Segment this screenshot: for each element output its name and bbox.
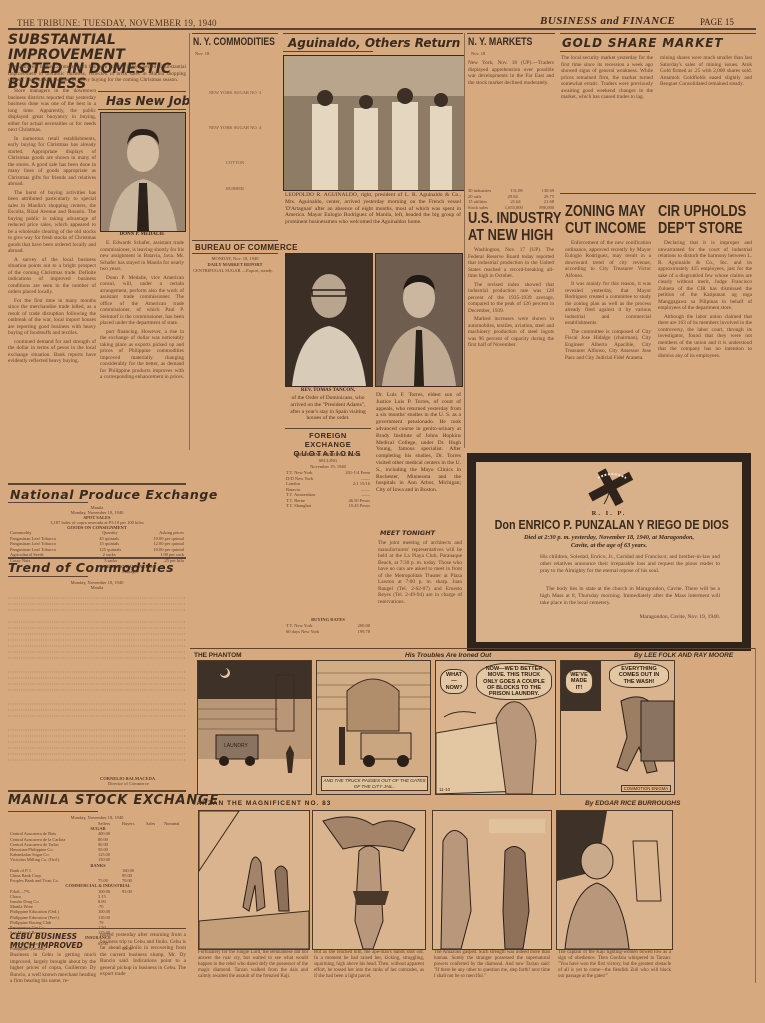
mse-sellers: 150.00 [98,857,122,862]
cir-headline: CIR UPHOLDS DEP'T STORE [658,203,746,237]
aguinaldo-headline: Aguinaldo, Others Return [288,37,460,50]
fx-label: 60 days New York [286,629,319,635]
tarzan-panel-3 [432,810,552,950]
commodity-section: NEW YORK SUGAR NO. 4 [193,125,277,130]
ny-markets-table: 30 industries131.08130.69 20 rails29.842… [468,188,554,210]
truck-night-illustration: LAUNDRY [198,661,311,794]
bureau-subtitle: DAILY MARKET REPORT [193,262,277,268]
tarzan-dais-illustration [199,811,309,949]
cir-line1: CIR UPHOLDS [658,203,746,220]
fx-row: 60 days New York199.78 [286,629,370,635]
rule [560,193,756,194]
column-rule [464,33,465,448]
zoning-para: It was mainly for this reason, it was re… [565,281,651,327]
tarzan-panel-2 [312,810,426,950]
meet-tonight-body: The joint meeting of architects and manu… [378,540,462,605]
mse-name: Victorias Milling Co. (Ord.) [10,857,98,862]
torres-photo [375,253,463,387]
ny-commodities-table: NEW YORK SUGAR NO. 3 NEW YORK SUGAR NO. … [193,60,277,235]
lead-headline-line1: SUBSTANTIAL IMPROVEMENT [8,33,188,62]
rule [560,51,650,52]
fx-value: 10.45 Pesos [348,503,370,509]
lead-body-col1: Store managers in the downtown business … [8,88,96,365]
ny-markets-date: Nov. 18 [471,51,485,57]
fx-date: November 19, 1940 [285,464,371,470]
fx-table: T.T. New York201-1/4 Prem D/D New York——… [286,470,370,509]
tarzan-title: TARZAN THE MAGNIFICENT NO. 83 [192,800,331,807]
medalie-caption: DONN P. MEDALIE [100,232,184,237]
mse-buyers: 95.00 [122,889,146,894]
zoning-para: The committee is composed of City Fiscal… [565,329,651,362]
obit-para1: His children, Soledad, Enrico, Jr., Cari… [540,554,720,574]
zoning-line1: ZONING MAY [565,203,646,220]
fx-title-line1: FOREIGN EXCHANGE [285,431,371,449]
strip-date: 11-10 [439,787,450,792]
medalie-photo [100,112,186,232]
lead-body-para: In numerous retail establishments, early… [8,136,96,188]
new-job-body: E. Edwards Schafer, assistant trade comm… [100,240,184,381]
gold-share-title: GOLD SHARE MARKET [562,37,723,50]
cebu-line2: MUCH IMPROVED [10,941,83,950]
obit-died: Died at 2:30 p. m. yesterday, November 1… [476,534,742,550]
portrait-icon [101,113,185,231]
us-industry-line2: AT NEW HIGH [468,227,561,244]
obit-signoff: Maragondon, Cavite, Nov. 19, 1940. [540,614,720,621]
tarzan-text-2: But as she reached him, the ape-man's ha… [314,950,424,980]
obit-para2: The body lies in state at the church in … [540,586,720,606]
tarzan-text-3: The Amazons gasped. Such strength was in… [434,950,550,980]
speech-bubble: EVERYTHING COMES OUT IN THE WASH! [609,663,669,688]
mse-col-header: Buyers [122,821,146,826]
ny-commodities-date: Nov. 18 [195,51,209,57]
rule [8,811,98,812]
rule [283,51,373,52]
portrait-icon [376,254,462,386]
fx-bank: PHILIPPINE NATIONAL BANK [285,452,371,458]
tarzan-panel-1 [198,810,310,950]
has-new-job-headline: Has New Job [106,95,190,108]
us-industry-para: The revised index showed that industrial… [468,282,554,315]
fx-label: T.T. Shanghai [286,503,311,509]
tancon-caption: of the Order of Dominicans, who arrived … [285,395,371,422]
commodity-section: RUBBER [193,186,277,191]
new-job-para: E. Edwards Schafer, assistant trade comm… [100,240,184,273]
tancon-photo [285,253,373,387]
bureau-date: MONDAY, Nov. 18, 1940 [193,256,277,262]
mse-date: Monday, November 18, 1940 [8,815,186,821]
lead-body-para: continued demand for and strength of the… [8,339,96,365]
cir-para: Although the labor union claimed that th… [658,314,752,360]
cir-para: Declaring that it is improper and unwarr… [658,240,752,312]
tarzan-lifting-illustration [313,811,425,949]
speech-bubble: NOW—WE'D BETTER MOVE. THIS TRUCK ONLY GO… [476,663,552,700]
ny-commodities-title: N. Y. COMMODITIES [193,37,275,49]
aguinaldo-caption: LEOPOLDO R. AGUINALDO, right, president … [285,192,461,226]
rule [98,109,186,110]
rule [8,928,186,929]
tarzan-panel-4 [556,810,673,950]
manila-stock-title: MANILA STOCK EXCHANGE [8,794,219,808]
rule [192,240,278,241]
us-industry-headline: U.S. INDUSTRY AT NEW HIGH [468,210,561,244]
rule [8,502,88,503]
column-rule [189,33,190,450]
mse-col-header [10,821,98,826]
meet-tonight-headline: MEET TONIGHT [380,530,435,537]
truck-label: LAUNDRY [224,743,248,749]
phantom-panel-2: AND THE TRUCK PASSES OUT OF THE GATES OF… [316,660,431,795]
speech-bubble: WE'VE MADE IT! [565,669,593,694]
rule [192,253,278,254]
fx-value: 199.78 [358,629,370,635]
ny-markets-body: New York, Nov. 18 (UP).—Traders displaye… [468,60,554,86]
jail-gate-illustration [317,661,430,794]
trend-table [8,592,186,772]
rule [467,33,555,34]
fx-buying-table: T.T. New York200.00 60 days New York199.… [286,623,370,634]
tarzan-text-1: Fortunately for the Jungle Lord, the Ben… [198,950,308,980]
bureau-item: CENTRIFUGAL SUGAR —Export, steady. [193,268,277,274]
cir-body: Declaring that it is improper and unwarr… [658,240,752,359]
speech-bubble: WHAT—NOW? [440,669,468,694]
dense-table-texture [8,592,186,772]
new-job-para: Donn P. Medalie, vice American consul, w… [100,275,184,327]
lead-body-para: For the first time in many months since … [8,298,96,337]
bureau-of-commerce-title: BUREAU OF COMMERCE [195,243,298,252]
mse-col-header: Sales [146,821,164,826]
phantom-panel-4: WE'VE MADE IT! EVERYTHING COMES OUT IN T… [560,660,675,795]
rule [8,790,186,792]
tarzan-text-4: The captain of the Kaji fighting-women b… [558,950,671,980]
rule [8,576,88,577]
us-industry-line1: U.S. INDUSTRY [468,210,561,227]
commodity-section: COTTON [193,160,277,165]
rule [283,33,463,34]
us-industry-para: Marked increases were shown in automobil… [468,316,554,349]
cebu-headline: CEBU BUSINESS MUCH IMPROVED [10,932,83,950]
trend-title: Trend of Commodities [8,561,174,574]
rule [560,33,756,34]
obit-died-line2: Cavite, at the age of 63 years. [476,542,742,550]
page-number: PAGE 15 [700,17,734,27]
cebu-body2: ported yesterday after returning from a … [100,932,186,978]
zoning-para: Enforcement of the new zonification ordi… [565,240,651,279]
lead-body-para: Store managers in the downtown business … [8,88,96,134]
phantom-panel-3: WHAT—NOW? NOW—WE'D BETTER MOVE. THIS TRU… [435,660,556,795]
ny-markets-title: N. Y. MARKETS [468,37,532,49]
tarzan-byline: By EDGAR RICE BURROUGHS [585,800,680,807]
column-rule [755,648,756,983]
zoning-body: Enforcement of the new zonification ordi… [565,240,651,361]
cir-line2: DEP'T STORE [658,220,746,237]
fx-buying-title: BUYING RATES [285,617,371,623]
section-title: BUSINESS and FINANCE [540,15,675,27]
gold-share-body2: mining shares were much smaller than las… [660,55,752,88]
cebu-body1: Business in Cebu is getting much improve… [10,952,96,985]
portrait-icon [286,254,372,386]
obit-rip: R. I. P. [476,510,742,517]
aguinaldo-photo [283,55,465,191]
us-industry-body: Washington, Nov. 17 (UP). The Federal Re… [468,247,554,349]
group-photo-icon [284,56,464,190]
fx-subtitle: SELLING [285,458,371,464]
trend-city: Manila [8,585,186,591]
us-industry-para: Washington, Nov. 17 (UP). The Federal Re… [468,247,554,280]
tancon-name: REV. TOMAS TANCON, [285,388,371,393]
commodity-section: NEW YORK SUGAR NO. 3 [193,90,277,95]
fx-row: T.T. Shanghai10.45 Pesos [286,503,370,509]
phantom-panel-1: LAUNDRY [197,660,312,795]
torres-caption: Dr. Luis F. Torres, eldest son of Justic… [376,392,461,494]
lead-body-para: The burst of buying activities has been … [8,190,96,255]
phantom-byline: By LEE FOLK AND RAY MOORE [634,652,733,659]
new-job-para: port financing. However, a rise in the e… [100,329,184,381]
national-produce-title: National Produce Exchange [10,488,218,501]
rule [190,648,756,649]
rule [8,557,186,559]
masthead-date: THE TRIBUNE: TUESDAY, NOVEMBER 19, 1940 [17,18,217,28]
masthead-rule [8,28,756,30]
lead-body-para: A survey of the local business situation… [8,257,96,296]
obit-died-line1: Died at 2:30 p. m. yesterday, November 1… [476,534,742,542]
obituary-box: R. I. P. Don ENRICO P. PUNZALAN Y RIEGO … [467,453,751,651]
zoning-line2: CUT INCOME [565,220,646,237]
panel-caption: AND THE TRUCK PASSES OUT OF THE GATES OF… [321,776,428,791]
rule [8,483,186,485]
obit-name: Don ENRICO P. PUNZALAN Y RIEGO DE DIOS [495,518,724,532]
mse-col-header: Nominal [164,821,179,826]
zoning-headline: ZONING MAY CUT INCOME [565,203,646,237]
phantom-title: THE PHANTOM [194,652,242,659]
phantom-subtitle: His Troubles Are Ironed Out [405,652,491,659]
trend-signature-title: Director of Commerce [108,781,149,787]
cross-icon [584,466,638,513]
cebu-line1: CEBU BUSINESS [10,932,83,941]
gold-share-body1: The local security market yesterday for … [561,55,653,101]
tarzan-whisper-illustration [557,811,672,949]
lead-intro: The sixth year of the Commonwealth has b… [8,64,186,84]
rule [192,33,278,34]
rule [285,428,371,429]
tarzan-speaking-illustration [433,811,551,949]
rule [98,91,186,92]
comic-credit: COMMOTION ENIGMA [621,785,671,792]
